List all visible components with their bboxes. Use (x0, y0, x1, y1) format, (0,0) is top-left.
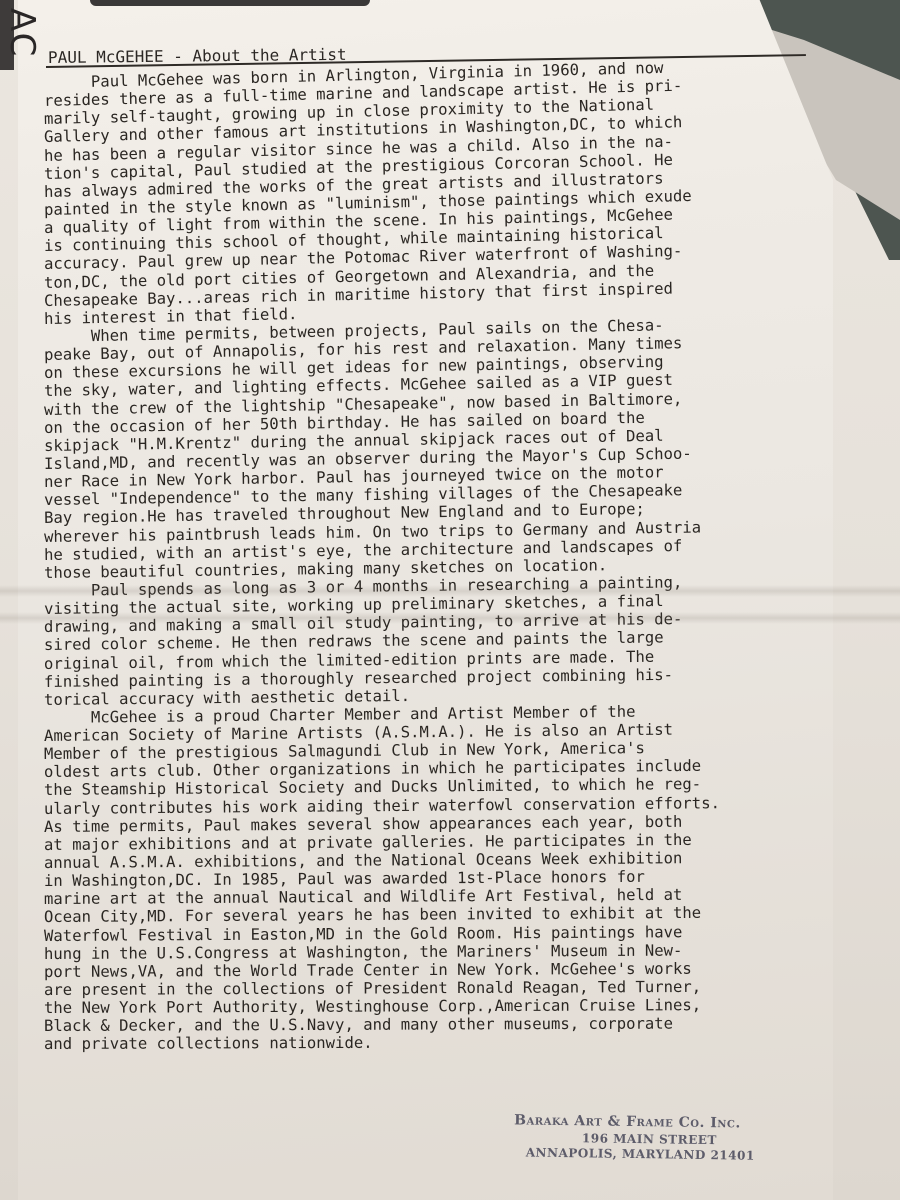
artist-biography-body: Paul McGehee was born in Arlington, Virg… (44, 74, 874, 1054)
adjacent-sheet-text: AC (2, 8, 42, 58)
paper-crease (0, 612, 900, 624)
stamp-company-name: Baraka Art & Frame Co. Inc. (514, 1112, 755, 1131)
body-line: and private collections nationwide. (44, 1033, 874, 1054)
gallery-stamp: Baraka Art & Frame Co. Inc. 196 MAIN STR… (512, 1112, 756, 1162)
photo-scene: AC PAUL McGEHEE - About the Artist Paul … (0, 0, 900, 1200)
paper-crease (0, 585, 900, 597)
stamp-street-address: 196 MAIN STREET (582, 1131, 755, 1147)
folded-paper-edge (90, 0, 370, 6)
